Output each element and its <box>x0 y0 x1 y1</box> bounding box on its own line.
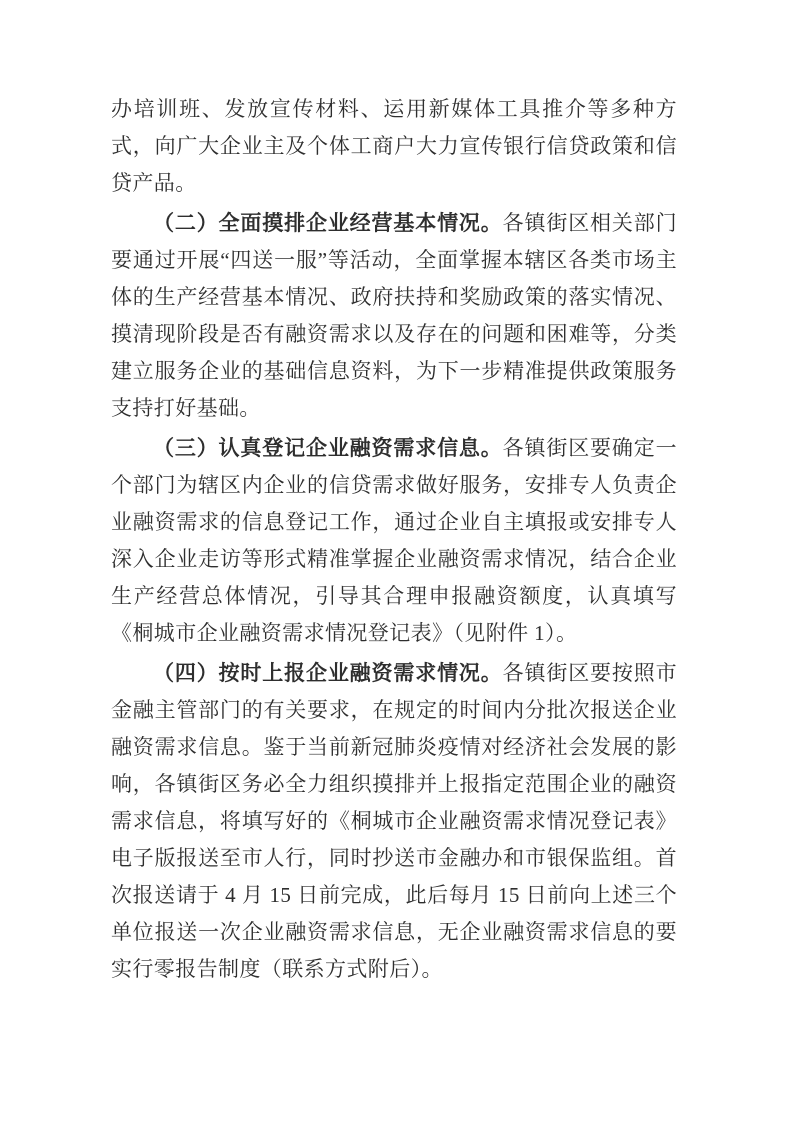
paragraph-body: 各镇街区相关部门要通过开展“四送一服”等活动，全面掌握本辖区各类市场主体的生产经… <box>111 211 677 420</box>
paragraph: 办培训班、发放宣传材料、运用新媒体工具推介等多种方式，向广大企业主及个体工商户大… <box>111 91 677 202</box>
paragraph: （四）按时上报企业融资需求情况。各镇街区要按照市金融主管部门的有关要求，在规定的… <box>111 655 677 988</box>
paragraph-body: 各镇街区要确定一个部门为辖区内企业的信贷需求做好服务，安排专人负责企业融资需求的… <box>111 436 677 645</box>
paragraph: （三）认真登记企业融资需求信息。各镇街区要确定一个部门为辖区内企业的信贷需求做好… <box>111 430 677 652</box>
paragraph-heading: （四）按时上报企业融资需求情况。 <box>153 661 503 685</box>
paragraph-heading: （三）认真登记企业融资需求信息。 <box>153 436 503 460</box>
paragraph-body: 各镇街区要按照市金融主管部门的有关要求，在规定的时间内分批次报送企业融资需求信息… <box>111 661 677 981</box>
document-body: 办培训班、发放宣传材料、运用新媒体工具推介等多种方式，向广大企业主及个体工商户大… <box>111 91 677 988</box>
paragraph-heading: （二）全面摸排企业经营基本情况。 <box>153 211 503 235</box>
paragraph: （二）全面摸排企业经营基本情况。各镇街区相关部门要通过开展“四送一服”等活动，全… <box>111 205 677 427</box>
paragraph-body: 办培训班、发放宣传材料、运用新媒体工具推介等多种方式，向广大企业主及个体工商户大… <box>111 97 677 195</box>
document-page: 办培训班、发放宣传材料、运用新媒体工具推介等多种方式，向广大企业主及个体工商户大… <box>0 0 793 1122</box>
